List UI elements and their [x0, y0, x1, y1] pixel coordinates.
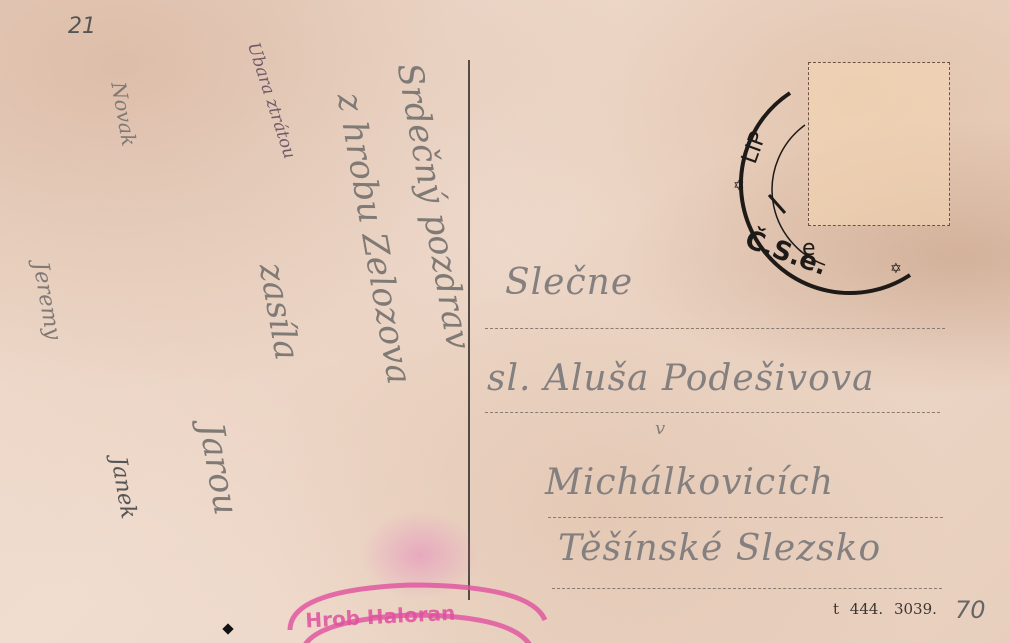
address-rule-3	[548, 517, 943, 518]
pencil-mark: 70	[955, 596, 986, 624]
postmark-icon: LIP Č.S.e. e ✡ ✡	[705, 85, 935, 315]
svg-text:e: e	[802, 236, 816, 261]
corner-number: 21	[68, 14, 96, 39]
svg-text:✡: ✡	[733, 178, 745, 194]
signature-left: Novak	[106, 80, 141, 148]
address-line-3: Michálkovicích	[545, 462, 834, 503]
address-rule-2	[485, 412, 940, 413]
message-line-4: Jarou	[191, 420, 246, 518]
signature-left-2: Jeremy	[27, 260, 65, 342]
printer-code: t 444. 3039.	[833, 600, 937, 618]
address-line-2: sl. Aluša Podešivova	[487, 358, 875, 399]
signature-bottom: Janek	[105, 455, 140, 521]
center-divider	[468, 60, 470, 600]
address-rule-4	[552, 588, 942, 589]
address-rule-1	[485, 328, 945, 329]
svg-text:✡: ✡	[890, 261, 902, 277]
address-line-4: Těšínské Slezsko	[558, 528, 881, 569]
message-line-3: zasíla	[251, 260, 307, 363]
postcard-back: 21 Novak Jeremy Ubara ztrátou Srdečný po…	[0, 0, 1010, 643]
address-prefix: v	[655, 418, 665, 439]
cachet-stamp-icon: Hrob Haloran	[280, 560, 550, 643]
ink-dot	[222, 623, 233, 634]
address-line-1: Slečne	[505, 262, 633, 303]
svg-text:Hrob Haloran: Hrob Haloran	[305, 601, 456, 633]
small-note: Ubara ztrátou	[243, 40, 299, 161]
svg-text:LIP: LIP	[737, 128, 771, 167]
